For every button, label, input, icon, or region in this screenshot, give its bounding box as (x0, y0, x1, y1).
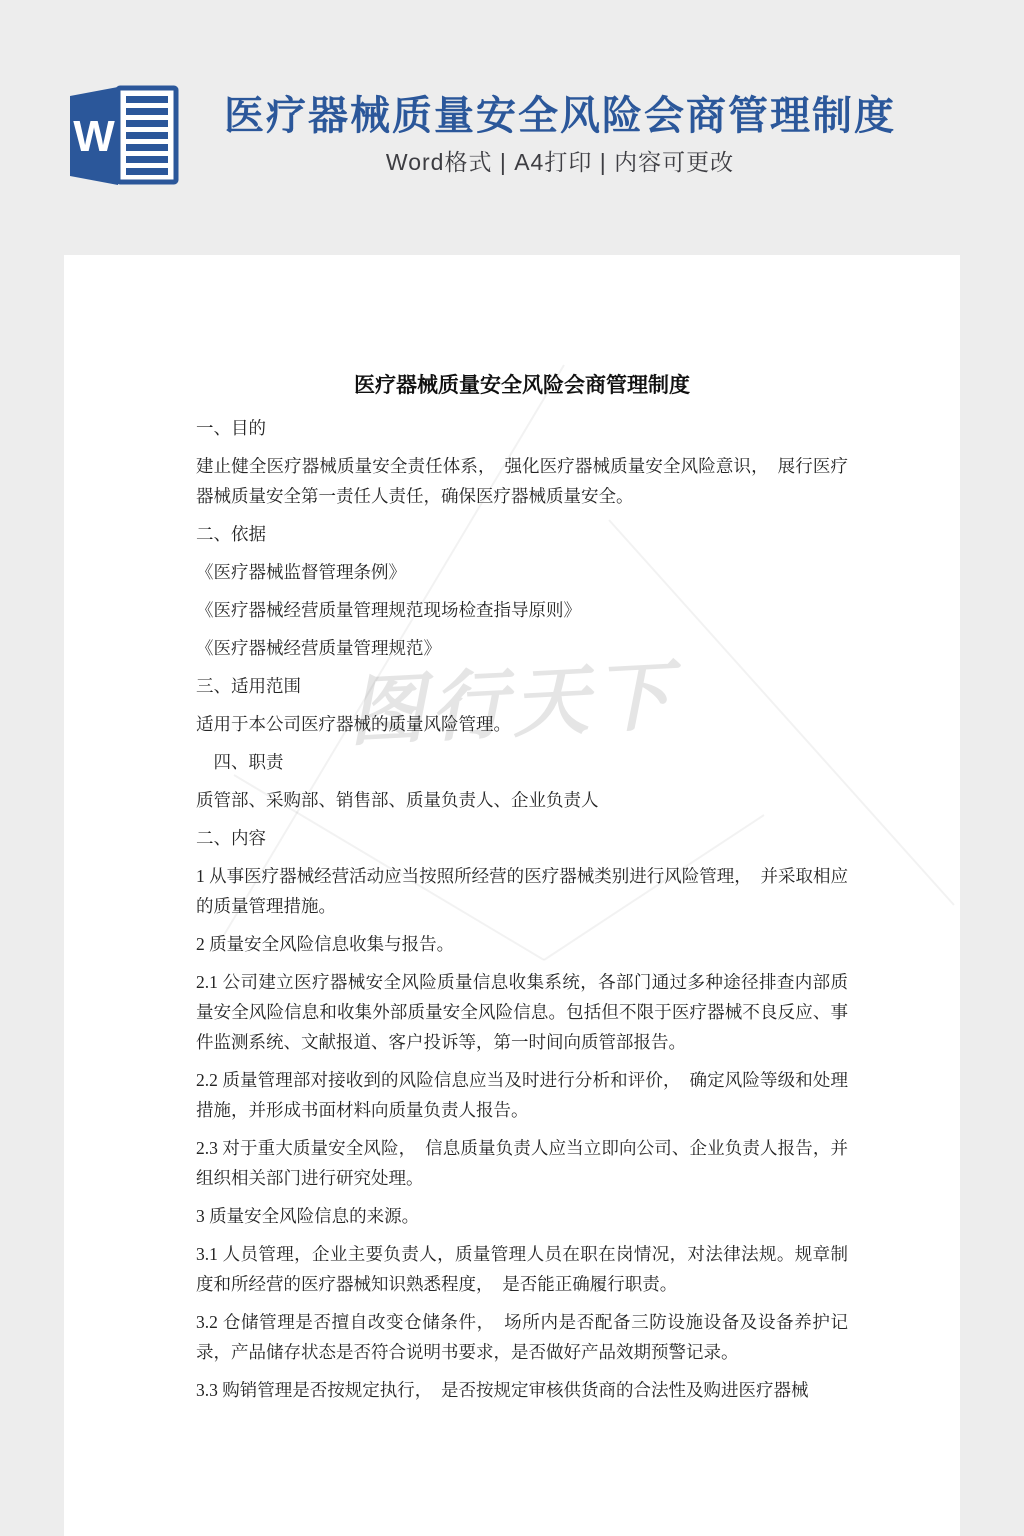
document-paragraph: 二、内容 (196, 823, 848, 853)
document-paragraph: 《医疗器械经营质量管理规范现场检查指导原则》 (196, 595, 848, 625)
document-paragraph: 2.2 质量管理部对接收到的风险信息应当及时进行分析和评价， 确定风险等级和处理… (196, 1065, 848, 1125)
header-titles: 医疗器械质量安全风险会商管理制度 Word格式 | A4打印 | 内容可更改 (96, 90, 1024, 178)
document-paragraph: 1 从事医疗器械经营活动应当按照所经营的医疗器械类别进行风险管理， 并采取相应的… (196, 861, 848, 921)
document-body: 医疗器械质量安全风险会商管理制度 一、目的建止健全医疗器械质量安全责任体系， 强… (64, 255, 960, 1405)
template-title: 医疗器械质量安全风险会商管理制度 (96, 90, 1024, 142)
document-paragraph: 3.1 人员管理，企业主要负责人，质量管理人员在职在岗情况，对法律法规。规章制度… (196, 1239, 848, 1299)
template-subtitle: Word格式 | A4打印 | 内容可更改 (96, 146, 1024, 178)
page-background: { "header": { "title": "医疗器械质量安全风险会商管理制度… (0, 0, 1024, 1536)
document-paragraph: 四、职责 (196, 747, 848, 777)
document-paragraph: 2 质量安全风险信息收集与报告。 (196, 929, 848, 959)
document-paragraph: 《医疗器械监督管理条例》 (196, 557, 848, 587)
document-paragraph: 2.3 对于重大质量安全风险， 信息质量负责人应当立即向公司、企业负责人报告，并… (196, 1133, 848, 1193)
document-paragraph: 2.1 公司建立医疗器械安全风险质量信息收集系统，各部门通过多种途径排查内部质量… (196, 967, 848, 1057)
document-paragraph: 适用于本公司医疗器械的质量风险管理。 (196, 709, 848, 739)
document-paragraph: 质管部、采购部、销售部、质量负责人、企业负责人 (196, 785, 848, 815)
document-paragraph: 《医疗器械经营质量管理规范》 (196, 633, 848, 663)
document-paragraph: 一、目的 (196, 413, 848, 443)
document-paragraph: 三、适用范围 (196, 671, 848, 701)
document-title: 医疗器械质量安全风险会商管理制度 (196, 370, 848, 400)
site-header: W 医疗器械质量安全风险会商管理制度 Word格式 | A4打印 | 内容可更改 (0, 0, 1024, 255)
document-paragraph: 二、依据 (196, 519, 848, 549)
document-paragraphs: 一、目的建止健全医疗器械质量安全责任体系， 强化医疗器械质量安全风险意识， 展行… (196, 413, 848, 1405)
document-paragraph: 建止健全医疗器械质量安全责任体系， 强化医疗器械质量安全风险意识， 展行医疗器械… (196, 451, 848, 511)
document-paragraph: 3 质量安全风险信息的来源。 (196, 1201, 848, 1231)
document-paragraph: 3.3 购销管理是否按规定执行， 是否按规定审核供货商的合法性及购进医疗器械 (196, 1375, 848, 1405)
document-paragraph: 3.2 仓储管理是否擅自改变仓储条件， 场所内是否配备三防设施设备及设备养护记录… (196, 1307, 848, 1367)
document-preview-page: 图行天下 医疗器械质量安全风险会商管理制度 一、目的建止健全医疗器械质量安全责任… (64, 255, 960, 1536)
